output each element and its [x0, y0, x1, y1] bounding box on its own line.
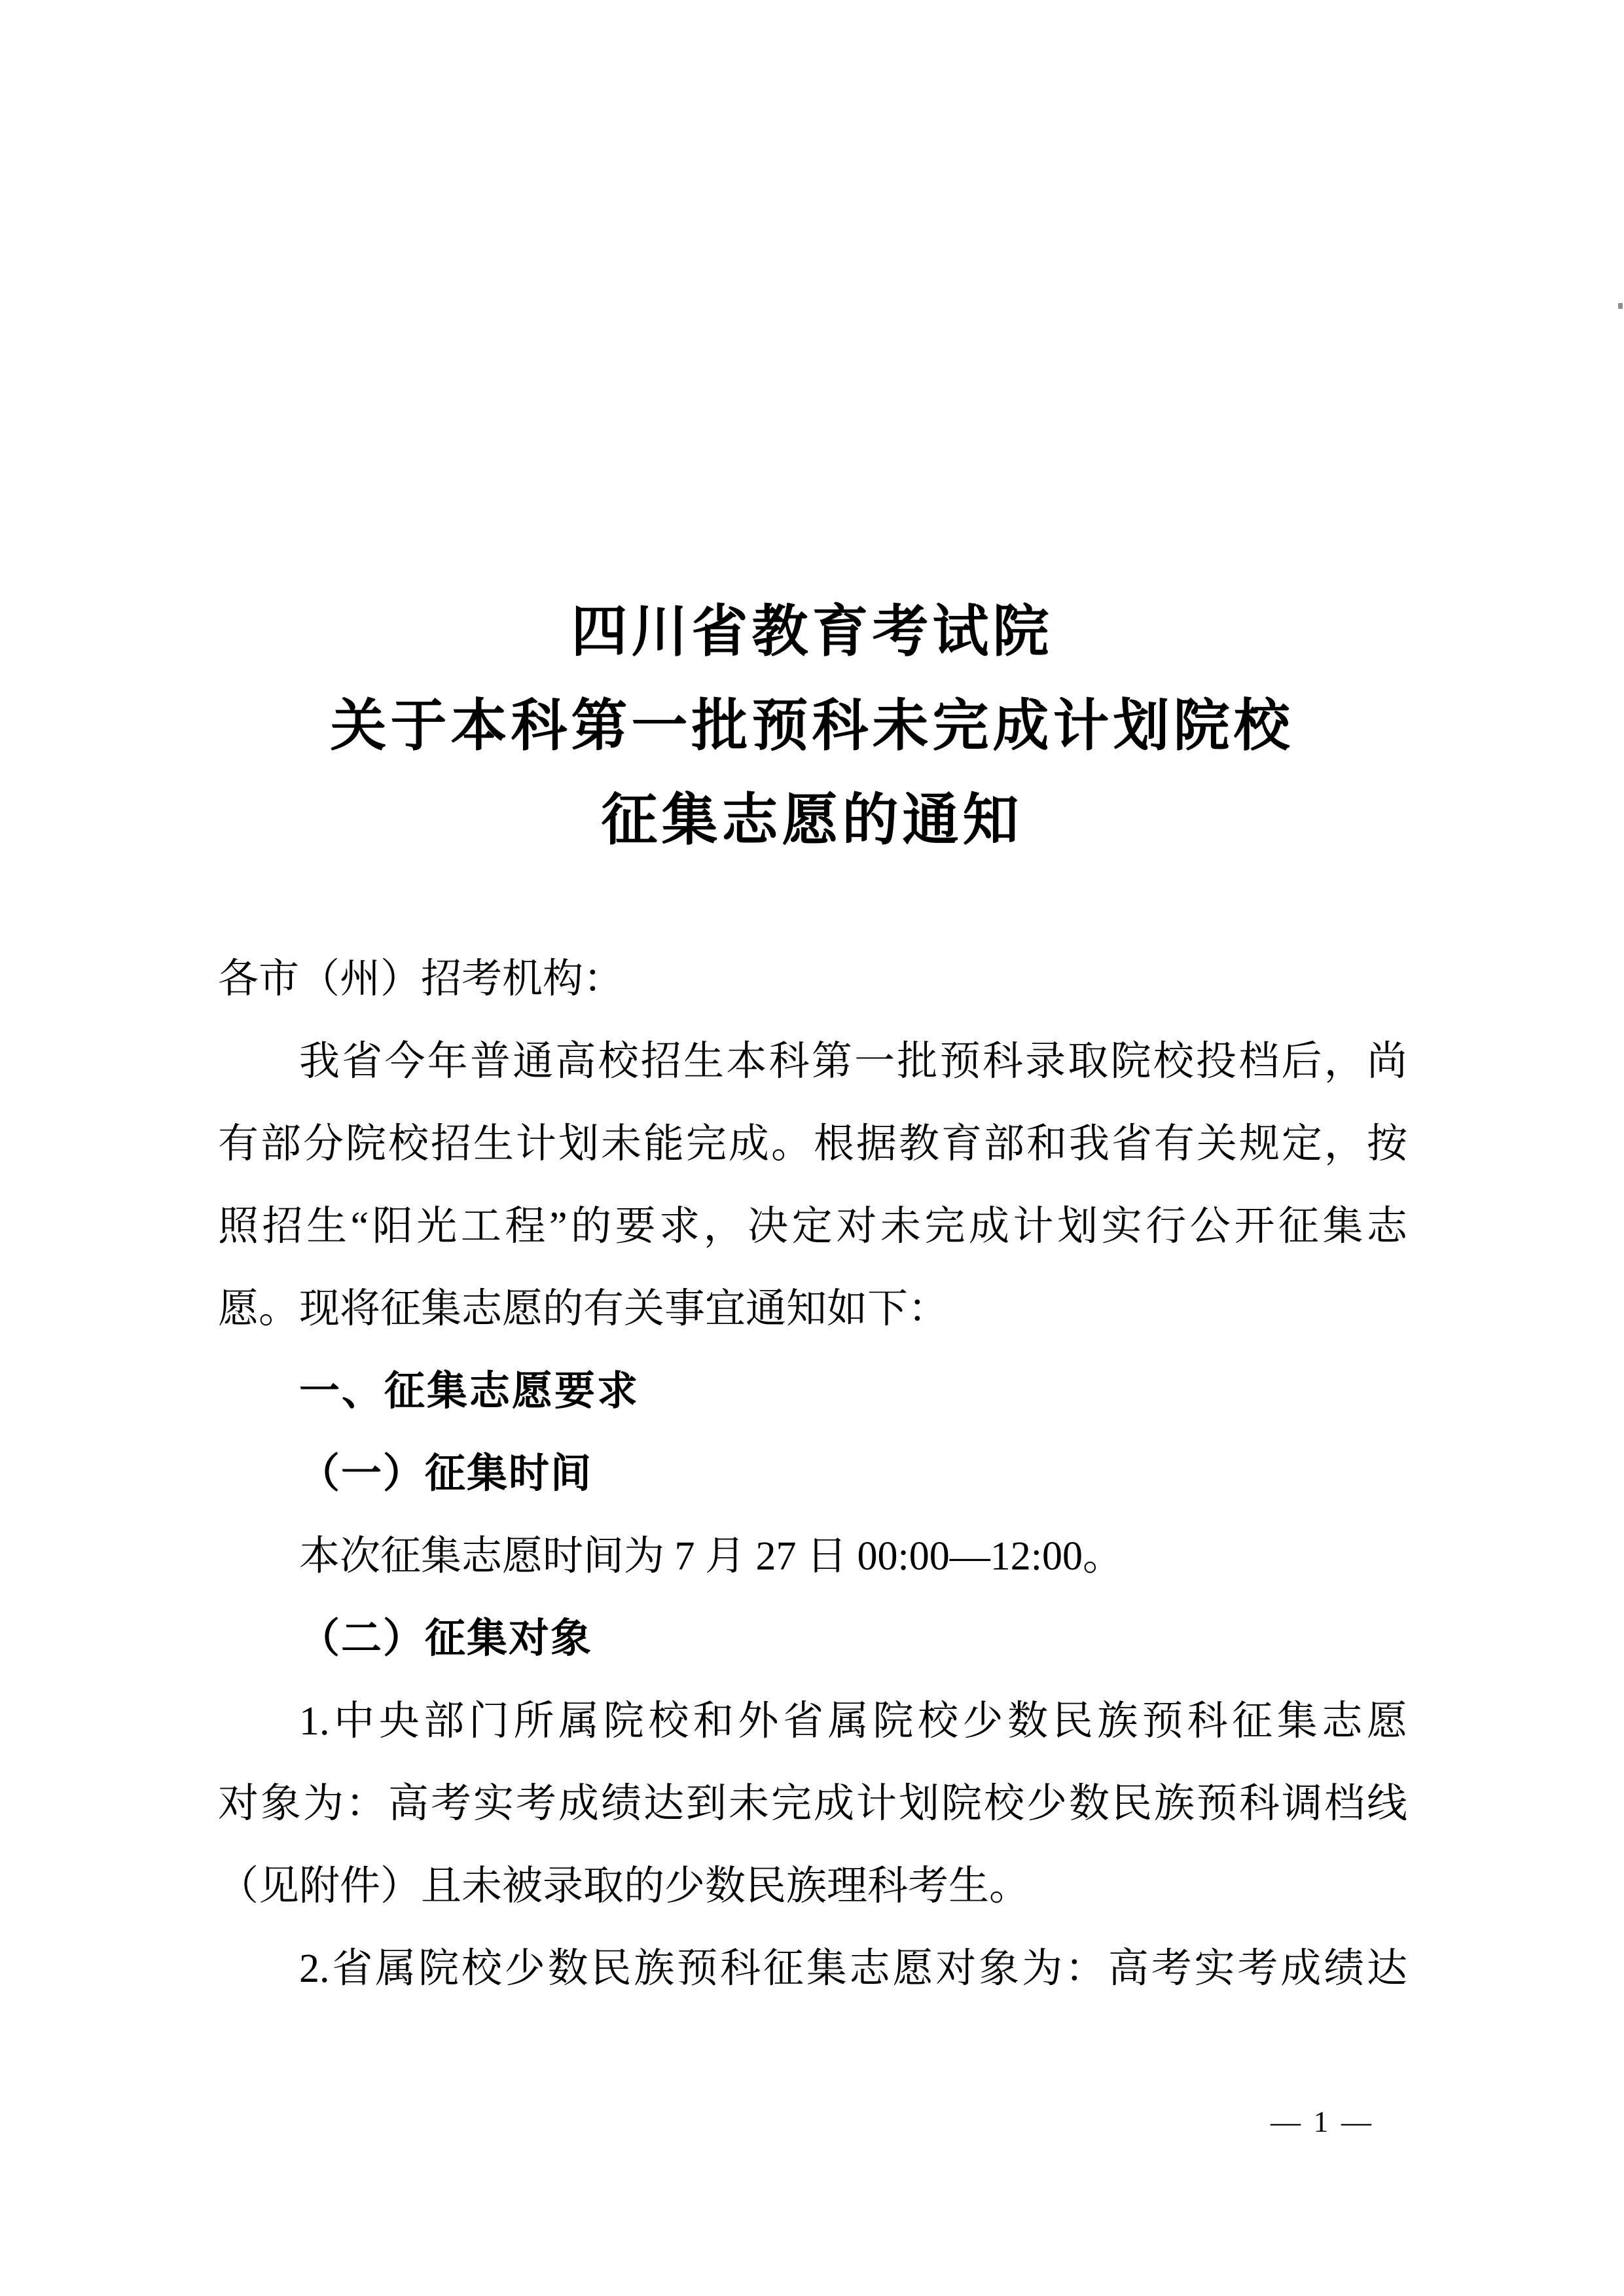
title-line: 四川省教育考试院 [218, 584, 1406, 679]
text-line: （二）征集对象 [218, 1598, 1407, 1680]
document-page: 四川省教育考试院关于本科第一批预科未完成计划院校征集志愿的通知 各市（州）招考机… [0, 0, 1624, 2296]
title-line: 征集志愿的通知 [218, 773, 1406, 867]
page-number: — 1 — [1244, 2102, 1401, 2142]
scan-speck-artifact [1618, 303, 1623, 309]
text-line: （见附件）且未被录取的少数民族理科考生。 [218, 1845, 1407, 1928]
text-line: 2.省属院校少数民族预科征集志愿对象为：高考实考成绩达 [218, 1928, 1407, 2010]
text-line: 有部分院校招生计划未能完成。根据教育部和我省有关规定，按 [218, 1103, 1407, 1185]
text-line: 我省今年普通高校招生本科第一批预科录取院校投档后，尚 [218, 1020, 1407, 1103]
text-line: 照招生“阳光工程”的要求，决定对未完成计划实行公开征集志 [218, 1185, 1407, 1268]
text-line: 对象为：高考实考成绩达到未完成计划院校少数民族预科调档线 [218, 1763, 1407, 1845]
document-body: 各市（州）招考机构：我省今年普通高校招生本科第一批预科录取院校投档后，尚有部分院… [218, 938, 1407, 2010]
text-line: 1.中央部门所属院校和外省属院校少数民族预科征集志愿 [218, 1680, 1407, 1763]
text-line: 一、征集志愿要求 [218, 1350, 1407, 1433]
text-line: 本次征集志愿时间为 7 月 27 日 00:00—12:00。 [218, 1515, 1407, 1598]
text-line: （一）征集时间 [218, 1433, 1407, 1515]
title-line: 关于本科第一批预科未完成计划院校 [218, 679, 1406, 773]
text-line: 各市（州）招考机构： [218, 938, 1407, 1020]
document-title: 四川省教育考试院关于本科第一批预科未完成计划院校征集志愿的通知 [218, 584, 1406, 867]
text-line: 愿。现将征集志愿的有关事宜通知如下： [218, 1268, 1407, 1350]
